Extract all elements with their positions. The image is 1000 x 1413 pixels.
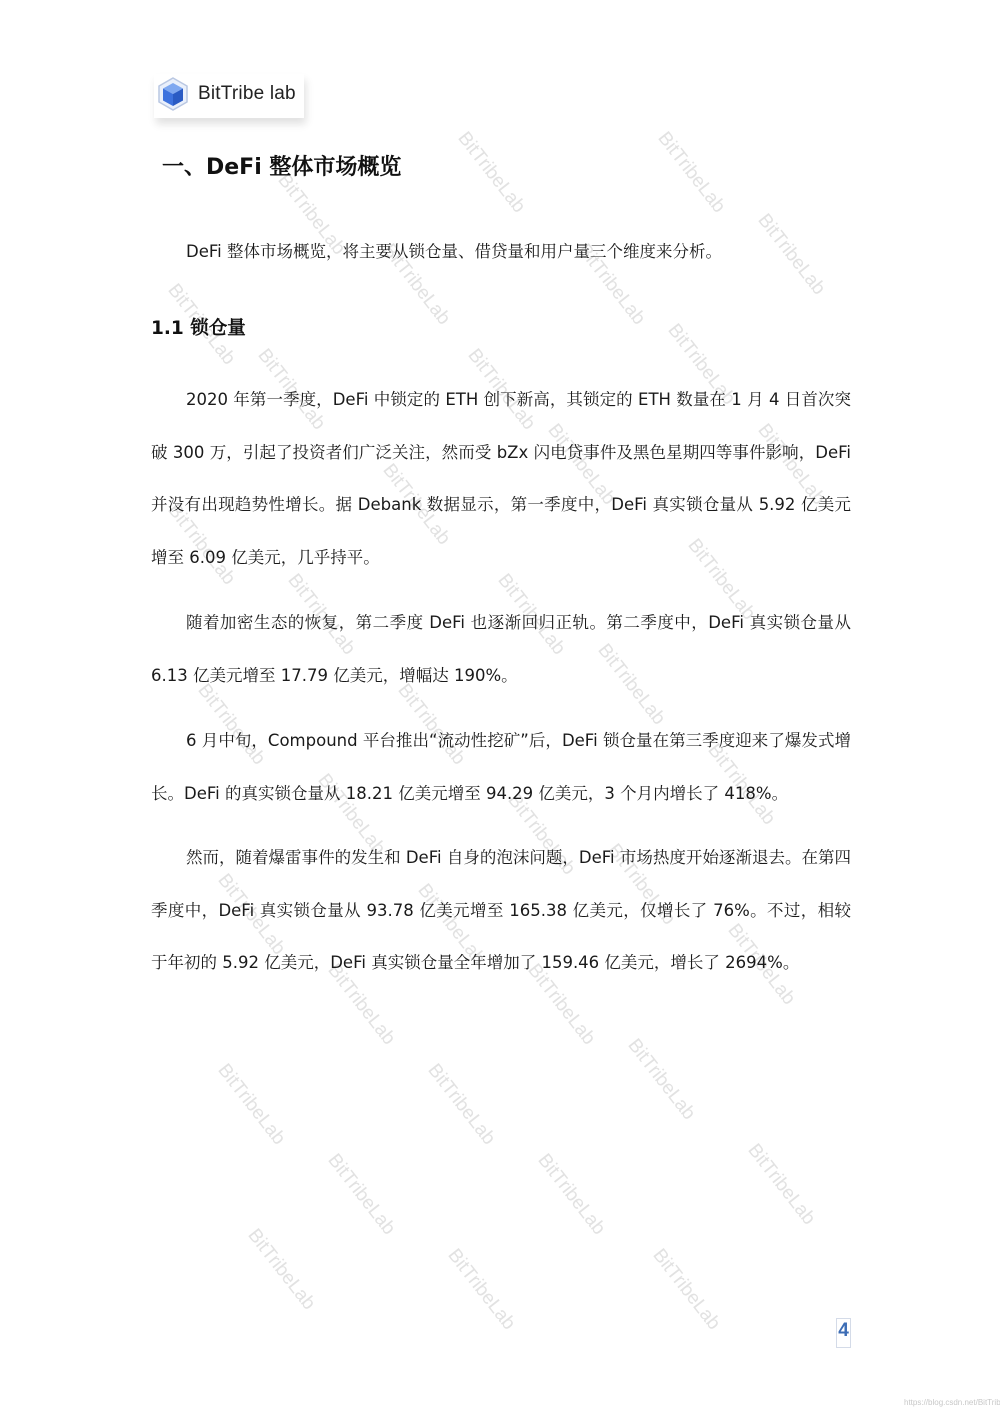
paragraph: 然而，随着爆雷事件的发生和 DeFi 自身的泡沫问题，DeFi 市场热度开始逐渐… xyxy=(151,832,851,990)
watermark: BitTribeLab xyxy=(323,1150,400,1240)
logo-text: BitTribe lab xyxy=(198,83,296,105)
page-number: 4 xyxy=(836,1318,851,1348)
watermark-layer: BitTribeLab BitTribeLab BitTribeLab BitT… xyxy=(0,0,1000,1413)
watermark: BitTribeLab xyxy=(453,128,530,218)
paragraph: 2020 年第一季度，DeFi 中锁定的 ETH 创下新高，其锁定的 ETH 数… xyxy=(151,374,851,584)
watermark: BitTribeLab xyxy=(243,1225,320,1315)
section-title: 一、DeFi 整体市场概览 xyxy=(162,150,401,181)
watermark: BitTribeLab xyxy=(213,1060,290,1150)
source-url: https://blog.csdn.net/BitTribeLab xyxy=(904,1398,1000,1407)
watermark: BitTribeLab xyxy=(443,1245,520,1335)
watermark: BitTribeLab xyxy=(423,1060,500,1150)
subsection-title: 1.1 锁仓量 xyxy=(151,314,246,340)
section-intro: DeFi 整体市场概览，将主要从锁仓量、借贷量和用户量三个维度来分析。 xyxy=(151,226,851,279)
watermark: BitTribeLab xyxy=(743,1140,820,1230)
paragraph: 6 月中旬，Compound 平台推出“流动性挖矿”后，DeFi 锁仓量在第三季… xyxy=(151,715,851,820)
cube-logo-icon xyxy=(156,76,190,112)
brand-logo: BitTribe lab xyxy=(154,74,304,118)
paragraph: 随着加密生态的恢复，第二季度 DeFi 也逐渐回归正轨。第二季度中，DeFi 真… xyxy=(151,597,851,702)
watermark: BitTribeLab xyxy=(533,1150,610,1240)
watermark: BitTribeLab xyxy=(653,128,730,218)
watermark: BitTribeLab xyxy=(648,1245,725,1335)
watermark: BitTribeLab xyxy=(623,1035,700,1125)
